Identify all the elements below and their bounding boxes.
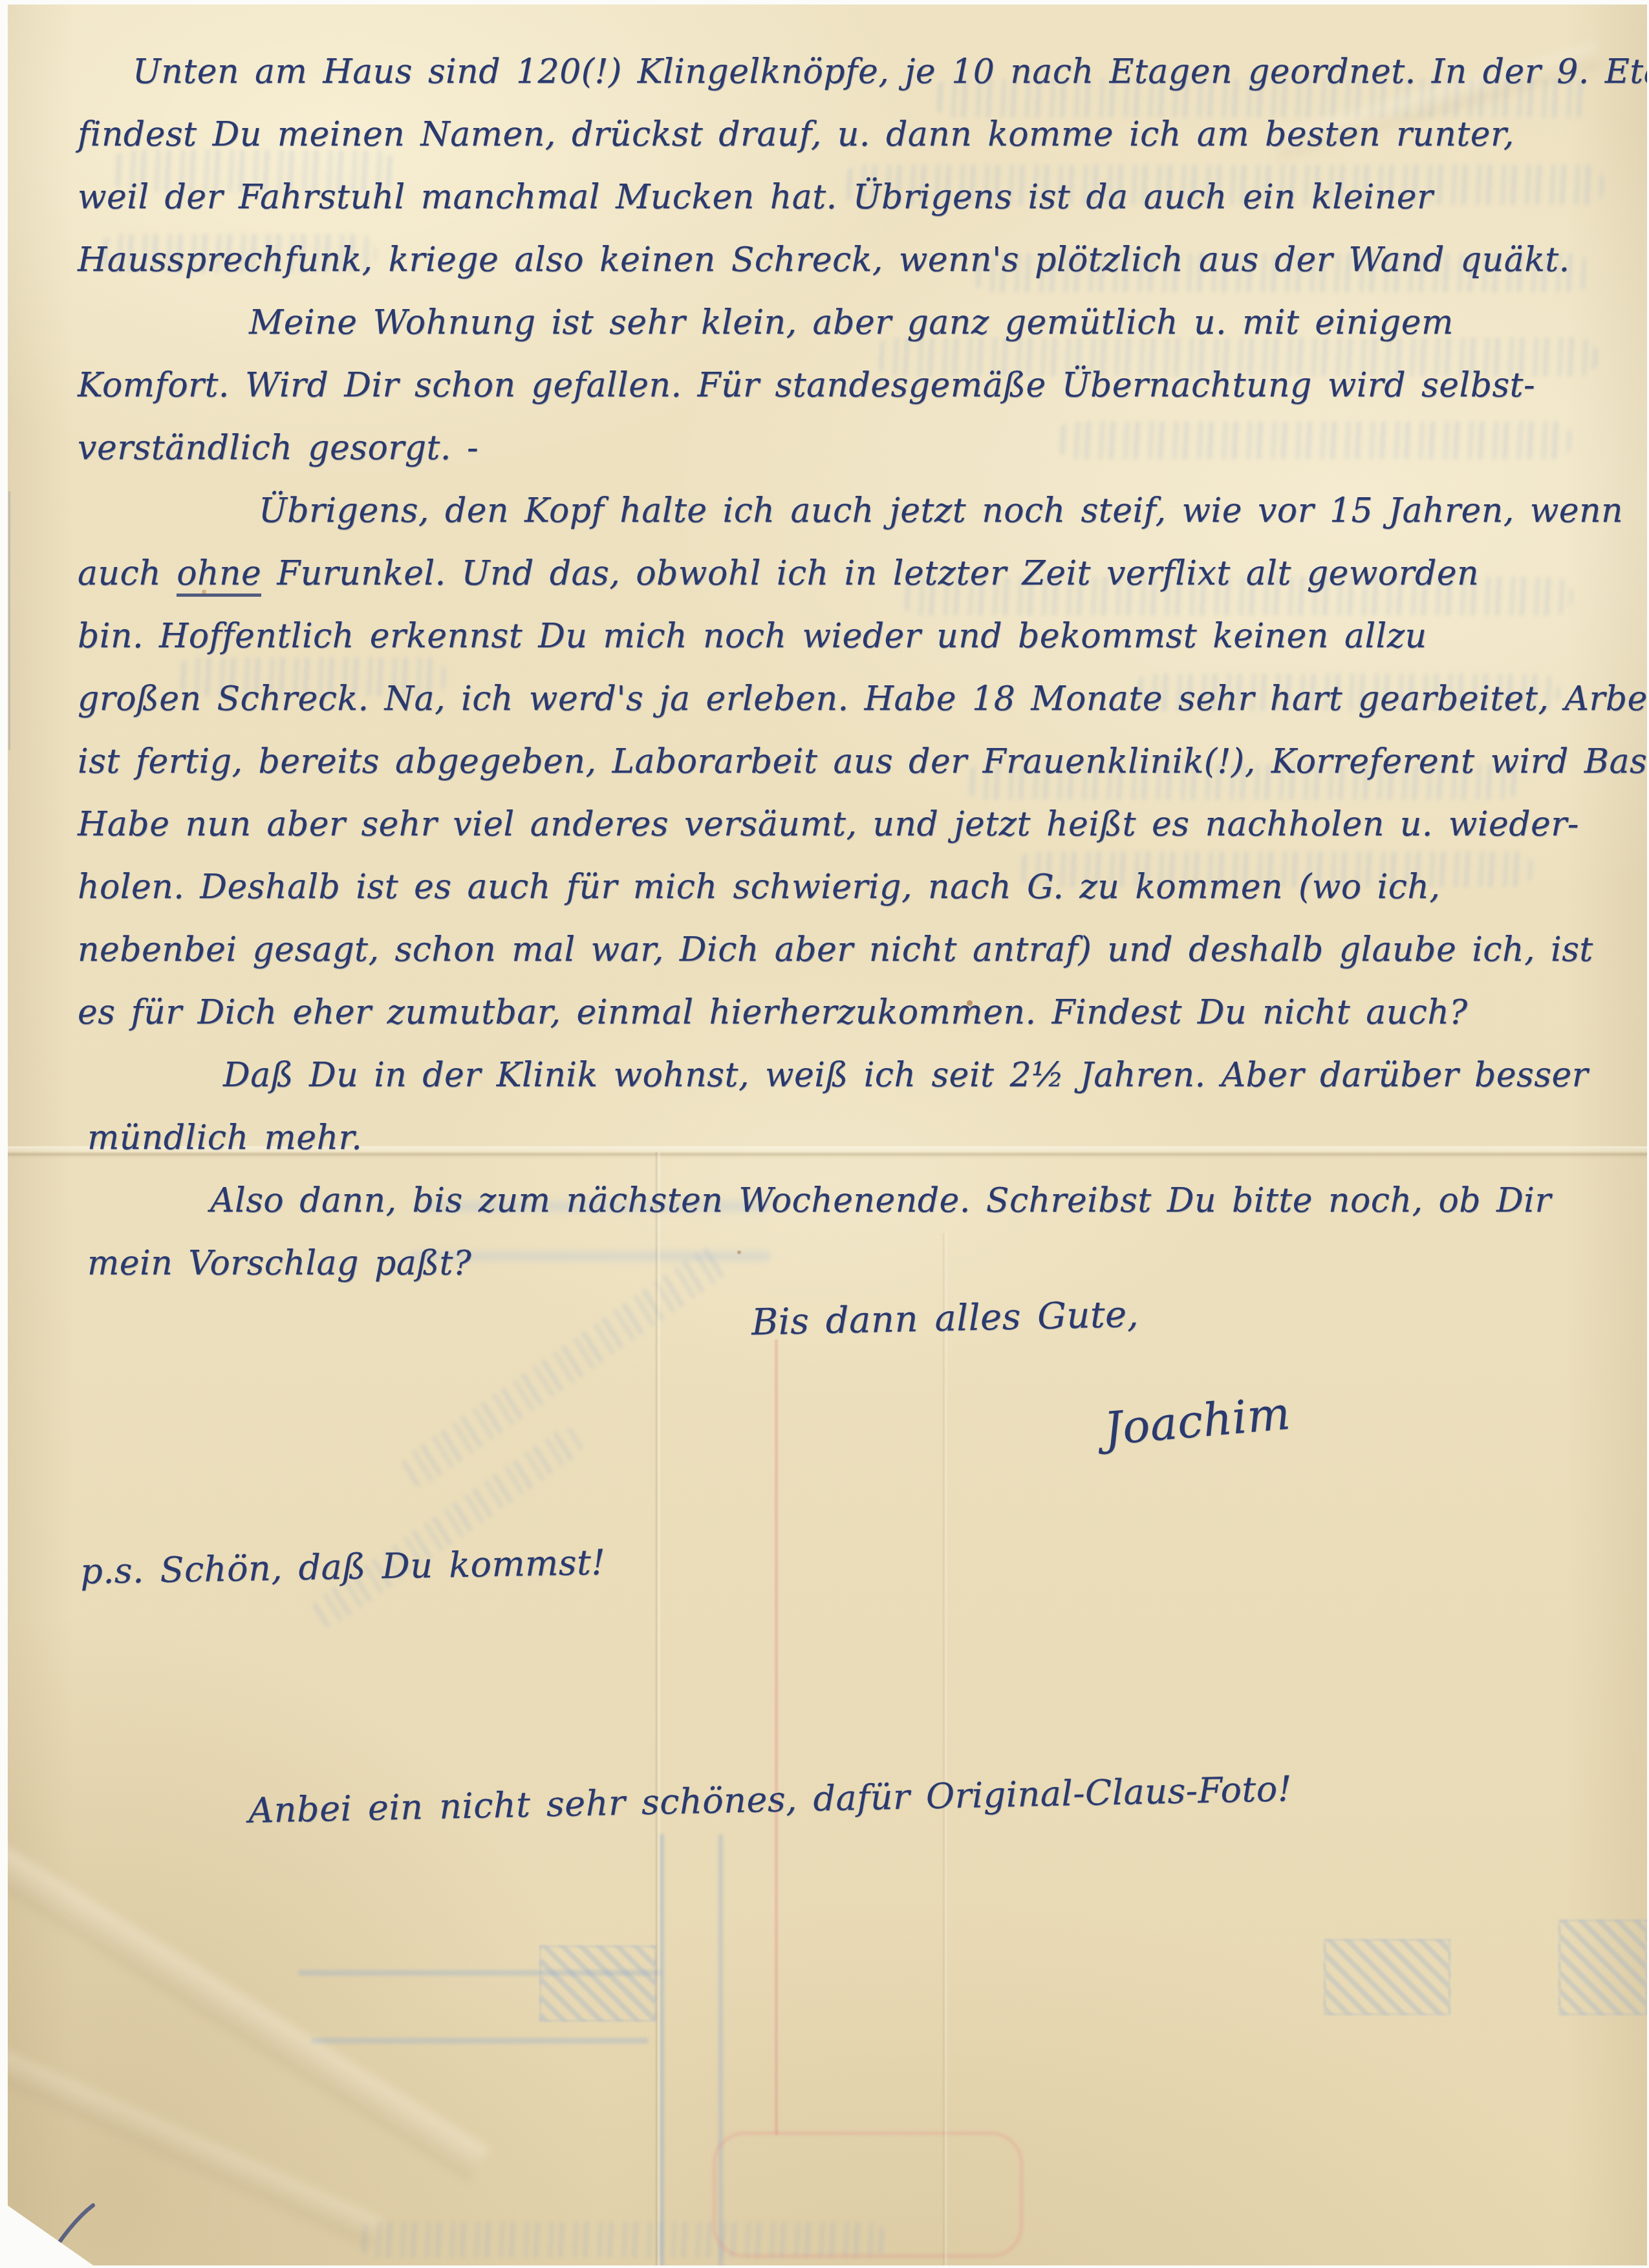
scan-edge-top [0,0,1649,5]
letter-line-2: findest Du meinen Namen, drückst drauf, … [78,103,1630,166]
signature: Joachim [1102,1387,1293,1456]
letter-body: Unten am Haus sind 120(!) Klingelknöpfe,… [78,41,1630,1295]
letter-line-9: auch ohne Furunkel. Und das, obwohl ich … [78,542,1630,605]
letter-line-1: Unten am Haus sind 120(!) Klingelknöpfe,… [133,41,1630,103]
letter-line-14: holen. Deshalb ist es auch für mich schw… [78,856,1630,919]
letter-line-20: mein Vorschlag paßt? [87,1232,1630,1295]
ghost-hatched-rect [1324,1939,1450,2015]
letter-line-11: großen Schreck. Na, ich werd's ja erlebe… [78,668,1630,731]
scan-edge-left [0,0,8,2268]
letter-line-16: es für Dich eher zumutbar, einmal hierhe… [78,981,1630,1044]
underlined-word: ohne [177,554,261,597]
enclosure-note: Anbei ein nicht sehr schönes, dafür Orig… [248,1768,1293,1831]
ghost-hatched-rect [1558,1920,1648,2015]
letter-line-8: Übrigens, den Kopf halte ich auch jetzt … [259,480,1630,542]
letter-line-13: Habe nun aber sehr viel anderes versäumt… [78,793,1630,856]
line-9-pre: auch [78,554,177,593]
postscript-line: p.s. Schön, daß Du kommst! [80,1542,606,1592]
letter-line-6: Komfort. Wird Dir schon gefallen. Für st… [78,354,1630,417]
scan-edge-bottom [0,2265,1649,2268]
ghost-hatched-rect [539,1945,656,2022]
letter-line-17: Daß Du in der Klinik wohnst, weiß ich se… [223,1044,1630,1107]
fold-crease-vertical [654,1152,661,2265]
letter-line-3: weil der Fahrstuhl manchmal Mucken hat. … [78,166,1630,229]
letter-paper: Unten am Haus sind 120(!) Klingelknöpfe,… [8,5,1647,2265]
letter-line-15: nebenbei gesagt, schon mal war, Dich abe… [78,919,1630,981]
letter-line-4: Haussprechfunk, kriege also keinen Schre… [78,229,1630,292]
scanned-letter-page: { "letter": { "language": "German", "ink… [0,0,1649,2268]
letter-line-12: ist fertig, bereits abgegeben, Laborarbe… [78,731,1630,793]
letter-line-19: Also dann, bis zum nächsten Wochenende. … [210,1170,1630,1232]
fold-crease-vertical [942,1233,948,2265]
ghost-sketch-line [312,2038,648,2044]
ghost-red-box [713,2132,1023,2258]
paper-crinkle [0,1823,489,2181]
letter-line-10: bin. Hoffentlich erkennst Du mich noch w… [78,605,1630,668]
scan-artifact-line [8,491,10,750]
letter-line-5: Meine Wohnung ist sehr klein, aber ganz … [249,292,1630,354]
line-9-post: Furunkel. Und das, obwohl ich in letzter… [261,554,1479,593]
letter-line-18: mündlich mehr. [87,1107,1630,1170]
ghost-red-line [775,1340,778,2135]
letter-line-7: verständlich gesorgt. - [78,417,1630,480]
closing-line: Bis dann alles Gute, [751,1294,1139,1344]
